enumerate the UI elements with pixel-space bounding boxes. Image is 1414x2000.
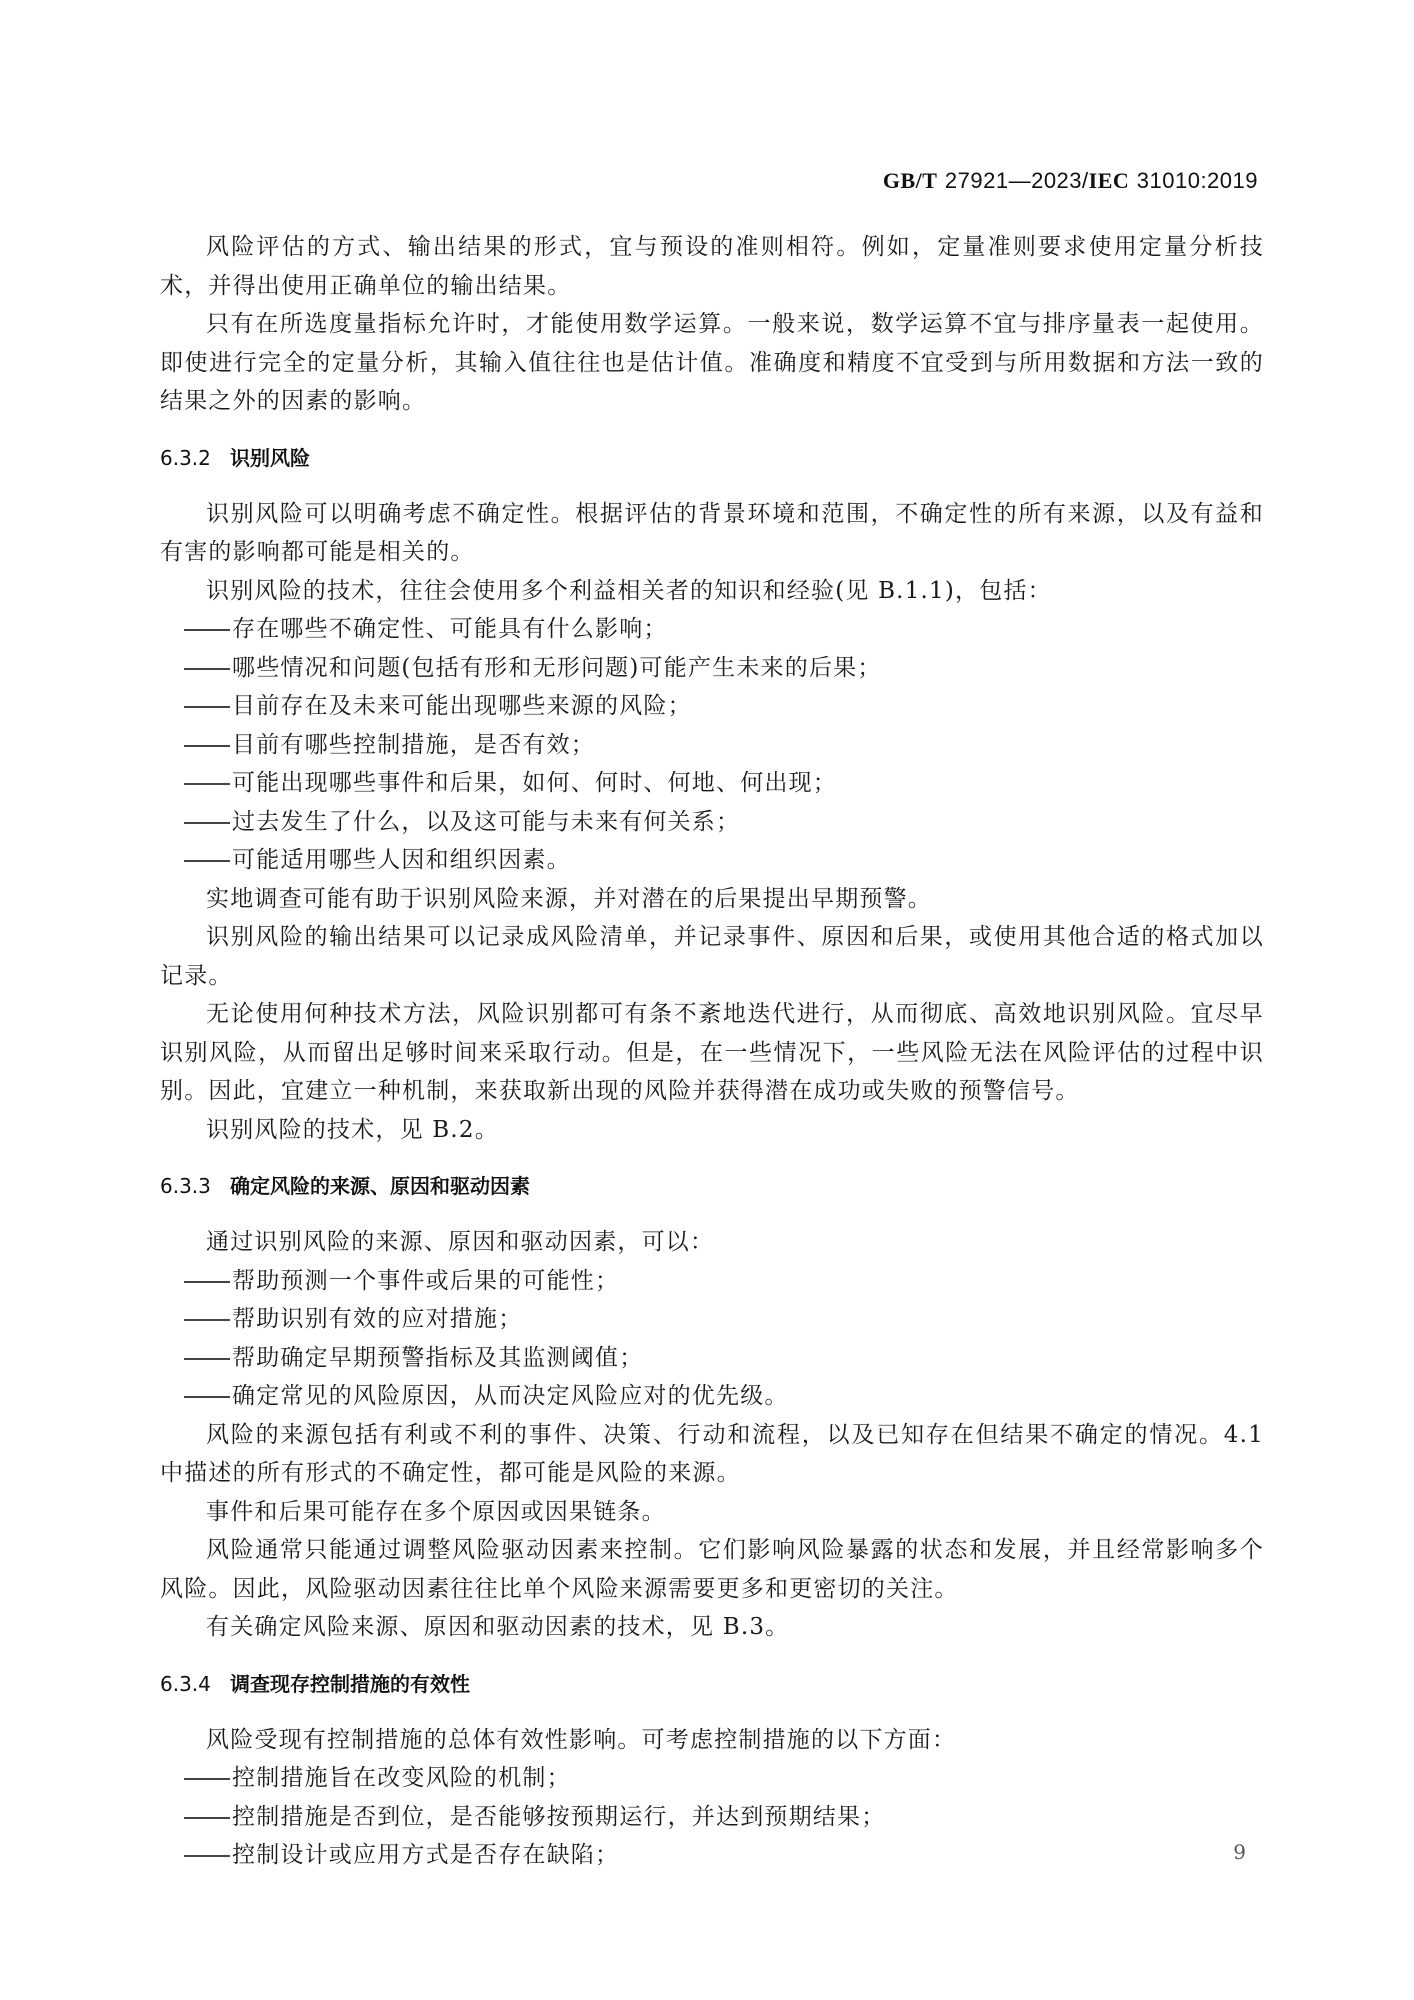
paragraph: 风险通常只能通过调整风险驱动因素来控制。它们影响风险暴露的状态和发展，并且经常影… bbox=[160, 1531, 1264, 1608]
section-number: 6.3.3 bbox=[160, 1171, 230, 1201]
paragraph: 识别风险的输出结果可以记录成风险清单，并记录事件、原因和后果，或使用其他合适的格… bbox=[160, 918, 1264, 995]
dash-bullet-icon bbox=[184, 860, 230, 862]
list-item: 目前存在及未来可能出现哪些来源的风险； bbox=[160, 687, 1264, 726]
list-item: 过去发生了什么，以及这可能与未来有何关系； bbox=[160, 803, 1264, 842]
list-item: 控制措施是否到位，是否能够按预期运行，并达到预期结果； bbox=[160, 1798, 1264, 1837]
dash-bullet-icon bbox=[184, 822, 230, 824]
dash-bullet-icon bbox=[184, 783, 230, 785]
dash-bullet-icon bbox=[184, 1319, 230, 1321]
list-item: 可能适用哪些人因和组织因素。 bbox=[160, 841, 1264, 880]
dash-bullet-icon bbox=[184, 1358, 230, 1360]
paragraph: 识别风险可以明确考虑不确定性。根据评估的背景环境和范围，不确定性的所有来源，以及… bbox=[160, 495, 1264, 572]
paragraph: 有关确定风险来源、原因和驱动因素的技术，见 B.3。 bbox=[160, 1608, 1264, 1647]
list-item: 目前有哪些控制措施，是否有效； bbox=[160, 726, 1264, 765]
intro-paragraph: 只有在所选度量指标允许时，才能使用数学运算。一般来说，数学运算不宜与排序量表一起… bbox=[160, 305, 1264, 421]
paragraph: 实地调查可能有助于识别风险来源，并对潜在的后果提出早期预警。 bbox=[160, 880, 1264, 919]
dash-bullet-icon bbox=[184, 1778, 230, 1780]
standard-prefix: GB/T bbox=[883, 168, 938, 193]
list-item: 帮助识别有效的应对措施； bbox=[160, 1300, 1264, 1339]
dash-bullet-icon bbox=[184, 1396, 230, 1398]
page-number: 9 bbox=[1233, 1840, 1246, 1864]
iec-prefix: IEC bbox=[1089, 168, 1130, 193]
intro-paragraph: 风险评估的方式、输出结果的形式，宜与预设的准则相符。例如，定量准则要求使用定量分… bbox=[160, 228, 1264, 305]
dash-bullet-icon bbox=[184, 1817, 230, 1819]
dash-bullet-icon bbox=[184, 629, 230, 631]
document-body: 风险评估的方式、输出结果的形式，宜与预设的准则相符。例如，定量准则要求使用定量分… bbox=[160, 228, 1264, 1875]
section-heading-6-3-3: 6.3.3确定风险的来源、原因和驱动因素 bbox=[160, 1171, 1264, 1201]
list-item: 帮助预测一个事件或后果的可能性； bbox=[160, 1262, 1264, 1301]
paragraph: 通过识别风险的来源、原因和驱动因素，可以： bbox=[160, 1223, 1264, 1262]
list-item: 存在哪些不确定性、可能具有什么影响； bbox=[160, 610, 1264, 649]
standard-header: GB/T 27921—2023/IEC 31010:2019 bbox=[883, 168, 1258, 194]
standard-number: 27921—2023/ bbox=[945, 168, 1089, 193]
dash-bullet-icon bbox=[184, 1281, 230, 1283]
list-item: 确定常见的风险原因，从而决定风险应对的优先级。 bbox=[160, 1377, 1264, 1416]
dash-bullet-icon bbox=[184, 706, 230, 708]
paragraph: 风险的来源包括有利或不利的事件、决策、行动和流程，以及已知存在但结果不确定的情况… bbox=[160, 1416, 1264, 1493]
list-item: 哪些情况和问题(包括有形和无形问题)可能产生未来的后果； bbox=[160, 649, 1264, 688]
paragraph: 识别风险的技术，见 B.2。 bbox=[160, 1111, 1264, 1150]
section-title: 识别风险 bbox=[230, 446, 310, 470]
iec-number: 31010:2019 bbox=[1137, 168, 1258, 193]
dash-bullet-icon bbox=[184, 668, 230, 670]
dash-bullet-icon bbox=[184, 745, 230, 747]
section-heading-6-3-4: 6.3.4调查现存控制措施的有效性 bbox=[160, 1669, 1264, 1699]
section-number: 6.3.4 bbox=[160, 1669, 230, 1699]
paragraph: 事件和后果可能存在多个原因或因果链条。 bbox=[160, 1493, 1264, 1532]
list-item: 控制设计或应用方式是否存在缺陷； bbox=[160, 1836, 1264, 1875]
list-item: 帮助确定早期预警指标及其监测阈值； bbox=[160, 1339, 1264, 1378]
section-number: 6.3.2 bbox=[160, 443, 230, 473]
section-title: 调查现存控制措施的有效性 bbox=[230, 1672, 470, 1696]
list-item: 控制措施旨在改变风险的机制； bbox=[160, 1759, 1264, 1798]
section-heading-6-3-2: 6.3.2识别风险 bbox=[160, 443, 1264, 473]
section-title: 确定风险的来源、原因和驱动因素 bbox=[230, 1174, 530, 1198]
dash-bullet-icon bbox=[184, 1855, 230, 1857]
paragraph: 无论使用何种技术方法，风险识别都可有条不紊地迭代进行，从而彻底、高效地识别风险。… bbox=[160, 995, 1264, 1111]
paragraph: 识别风险的技术，往往会使用多个利益相关者的知识和经验(见 B.1.1)，包括： bbox=[160, 572, 1264, 611]
paragraph: 风险受现有控制措施的总体有效性影响。可考虑控制措施的以下方面： bbox=[160, 1721, 1264, 1760]
list-item: 可能出现哪些事件和后果，如何、何时、何地、何出现； bbox=[160, 764, 1264, 803]
